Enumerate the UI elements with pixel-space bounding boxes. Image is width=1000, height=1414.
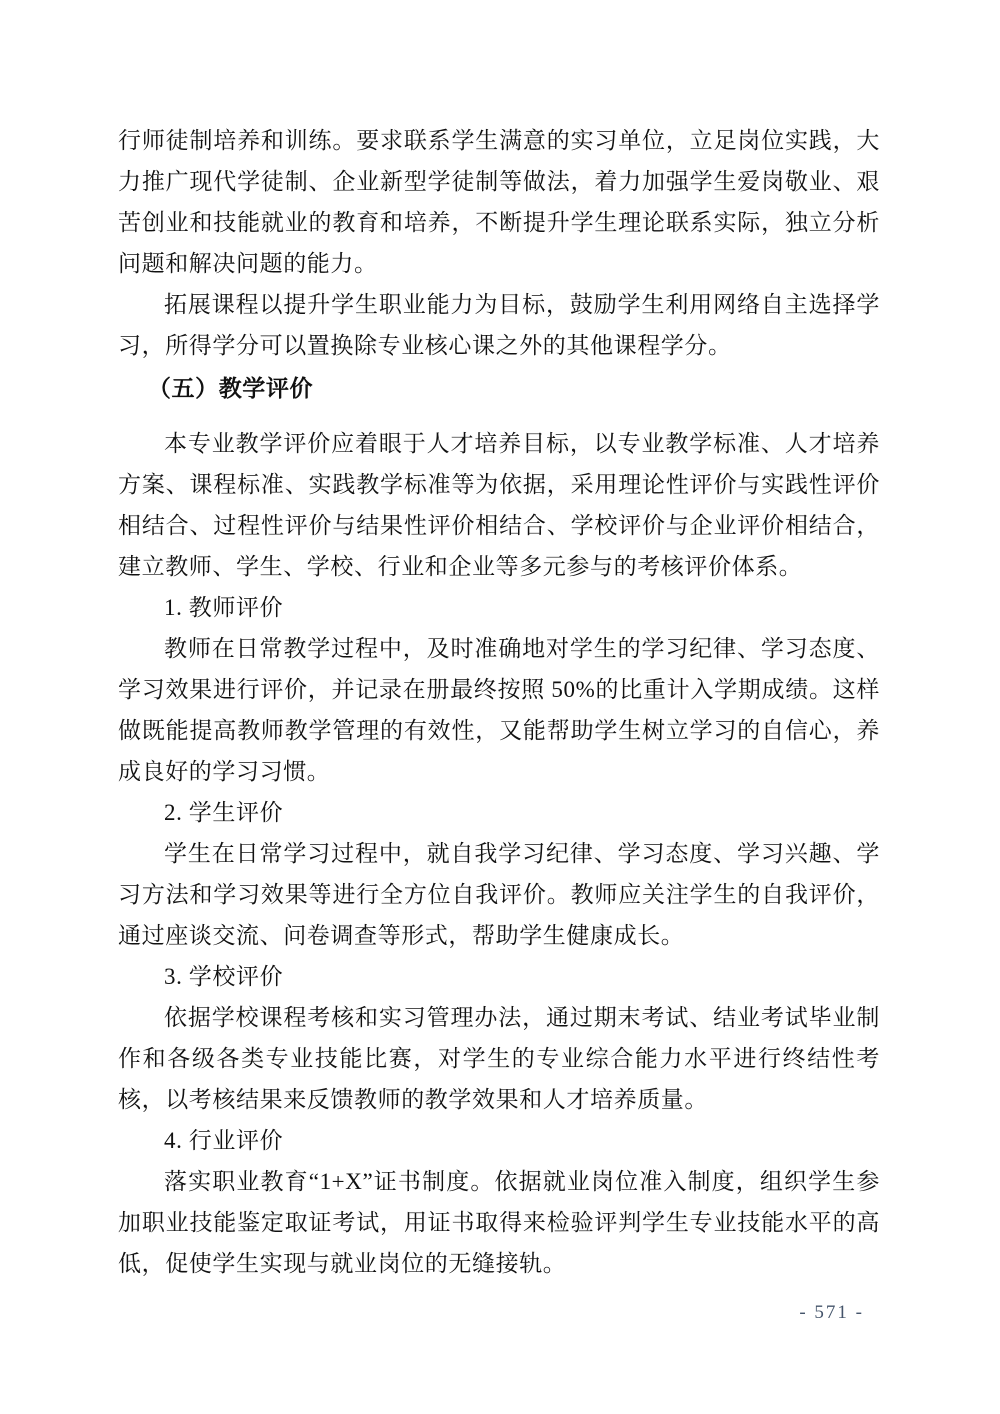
document-body: 行师徒制培养和训练。要求联系学生满意的实习单位，立足岗位实践，大力推广现代学徒制…: [118, 120, 880, 1284]
document-page: 行师徒制培养和训练。要求联系学生满意的实习单位，立足岗位实践，大力推广现代学徒制…: [0, 0, 1000, 1414]
subheading-teacher-evaluation: 1. 教师评价: [118, 587, 880, 628]
paragraph-school-evaluation: 依据学校课程考核和实习管理办法，通过期末考试、结业考试毕业制作和各级各类专业技能…: [118, 997, 880, 1120]
paragraph-teacher-evaluation: 教师在日常教学过程中，及时准确地对学生的学习纪律、学习态度、学习效果进行评价，并…: [118, 628, 880, 792]
page-number: - 571 -: [799, 1302, 864, 1324]
subheading-school-evaluation: 3. 学校评价: [118, 956, 880, 997]
paragraph-industry-evaluation: 落实职业教育“1+X”证书制度。依据就业岗位准入制度，组织学生参加职业技能鉴定取…: [118, 1161, 880, 1284]
paragraph-evaluation-overview: 本专业教学评价应着眼于人才培养目标，以专业教学标准、人才培养方案、课程标准、实践…: [118, 423, 880, 587]
section-heading-teaching-evaluation: （五）教学评价: [118, 368, 880, 409]
paragraph-student-evaluation: 学生在日常学习过程中，就自我学习纪律、学习态度、学习兴趣、学习方法和学习效果等进…: [118, 833, 880, 956]
paragraph-extension-courses: 拓展课程以提升学生职业能力为目标，鼓励学生利用网络自主选择学习，所得学分可以置换…: [118, 284, 880, 366]
paragraph-apprenticeship-training: 行师徒制培养和训练。要求联系学生满意的实习单位，立足岗位实践，大力推广现代学徒制…: [118, 120, 880, 284]
subheading-student-evaluation: 2. 学生评价: [118, 792, 880, 833]
subheading-industry-evaluation: 4. 行业评价: [118, 1120, 880, 1161]
